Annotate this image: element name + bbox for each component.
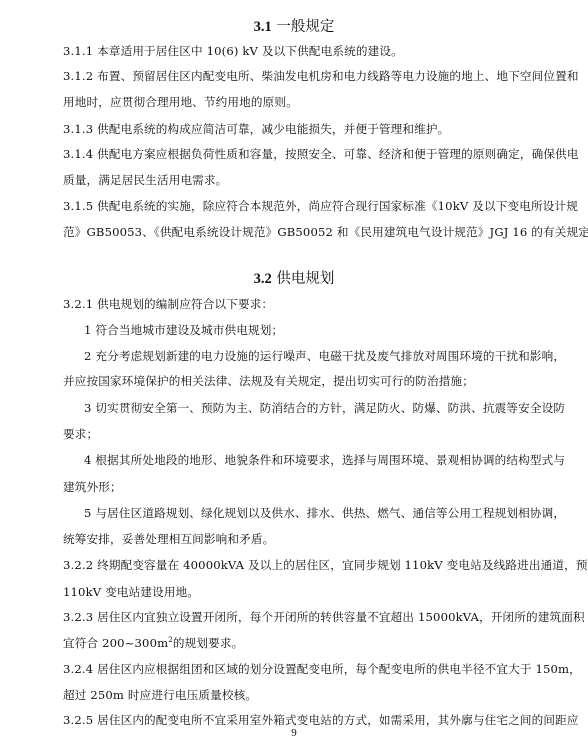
section-heading-3-1: 3.1 一般规定 bbox=[0, 18, 588, 36]
paragraph-line: 并应按国家环境保护的相关法律、法规及有关规定，提出切实可行的防治措施； bbox=[63, 373, 503, 389]
paragraph-line: 3.2.3 居住区内宜独立设置开闭所，每个开闭所的转供容量不宜超出 15000k… bbox=[63, 609, 503, 625]
paragraph-line: 超过 250m 时应进行电压质量校核。 bbox=[63, 687, 503, 703]
paragraph-line: 质量，满足居民生活用电需求。 bbox=[63, 172, 503, 188]
paragraph-line: 110kV 变电站建设用地。 bbox=[63, 584, 503, 600]
paragraph-line: 3.1.4 供配电方案应根据负荷性质和容量，按照安全、可靠、经济和便于管理的原则… bbox=[63, 146, 503, 162]
list-item-line: 5 与居住区道路规划、绿化规划以及供水、排水、供热、燃气、通信等公用工程规划相协… bbox=[84, 505, 524, 521]
paragraph-line: 范》GB50053、《供配电系统设计规范》GB50052 和《民用建筑电气设计规… bbox=[63, 224, 503, 240]
section-number: 3.1 bbox=[254, 19, 272, 35]
section-number: 3.2 bbox=[254, 271, 272, 287]
paragraph-line: 3.2.1 供电规划的编制应符合以下要求： bbox=[63, 296, 503, 312]
area-text: 宜符合 200~300m bbox=[63, 636, 168, 650]
section-heading-3-2: 3.2 供电规划 bbox=[0, 270, 588, 288]
paragraph-line: 3.1.1 本章适用于居住区中 10(6) kV 及以下供配电系统的建设。 bbox=[63, 43, 503, 59]
paragraph-line: 要求； bbox=[63, 426, 503, 442]
section-title: 一般规定 bbox=[276, 19, 334, 35]
document-page: 3.1 一般规定 3.1.1 本章适用于居住区中 10(6) kV 及以下供配电… bbox=[0, 0, 588, 750]
list-item-line: 4 根据其所处地段的地形、地貌条件和环境要求，选择与周围环境、景观相协调的结构型… bbox=[84, 452, 524, 468]
paragraph-line: 3.1.5 供配电系统的实施，除应符合本规范外，尚应符合现行国家标准《10kV … bbox=[63, 198, 503, 214]
paragraph-line: 3.1.3 供配电系统的构成应简洁可靠，减少电能损失，并便于管理和维护。 bbox=[63, 121, 503, 137]
paragraph-line: 统筹安排，妥善处理相互间影响和矛盾。 bbox=[63, 531, 503, 547]
paragraph-line: 用地时，应贯彻合理用地、节约用地的原则。 bbox=[63, 94, 503, 110]
page-number: 9 bbox=[0, 727, 588, 739]
list-item-line: 3 切实贯彻安全第一、预防为主、防消结合的方针，满足防火、防爆、防洪、抗震等安全… bbox=[84, 400, 524, 416]
list-item-line: 1 符合当地城市建设及城市供电规划； bbox=[84, 322, 524, 338]
paragraph-line: 3.1.2 布置、预留居住区内配变电所、柴油发电机房和电力线路等电力设施的地上、… bbox=[63, 68, 503, 84]
paragraph-line: 建筑外形； bbox=[63, 479, 503, 495]
paragraph-line: 3.2.4 居住区内应根据组团和区域的划分设置配变电所，每个配变电所的供电半径不… bbox=[63, 661, 503, 677]
section-title: 供电规划 bbox=[276, 271, 334, 287]
list-item-line: 2 充分考虑规划新建的电力设施的运行噪声、电磁干扰及废气排放对周围环境的干扰和影… bbox=[84, 348, 524, 364]
area-suffix: 的规划要求。 bbox=[173, 636, 243, 650]
paragraph-line: 3.2.2 终期配变容量在 40000kVA 及以上的居住区，宜同步规划 110… bbox=[63, 557, 503, 573]
paragraph-line: 宜符合 200~300m2的规划要求。 bbox=[63, 635, 503, 651]
paragraph-line: 3.2.5 居住区内的配变电所不宜采用室外箱式变电站的方式，如需采用，其外廓与住… bbox=[63, 712, 503, 728]
